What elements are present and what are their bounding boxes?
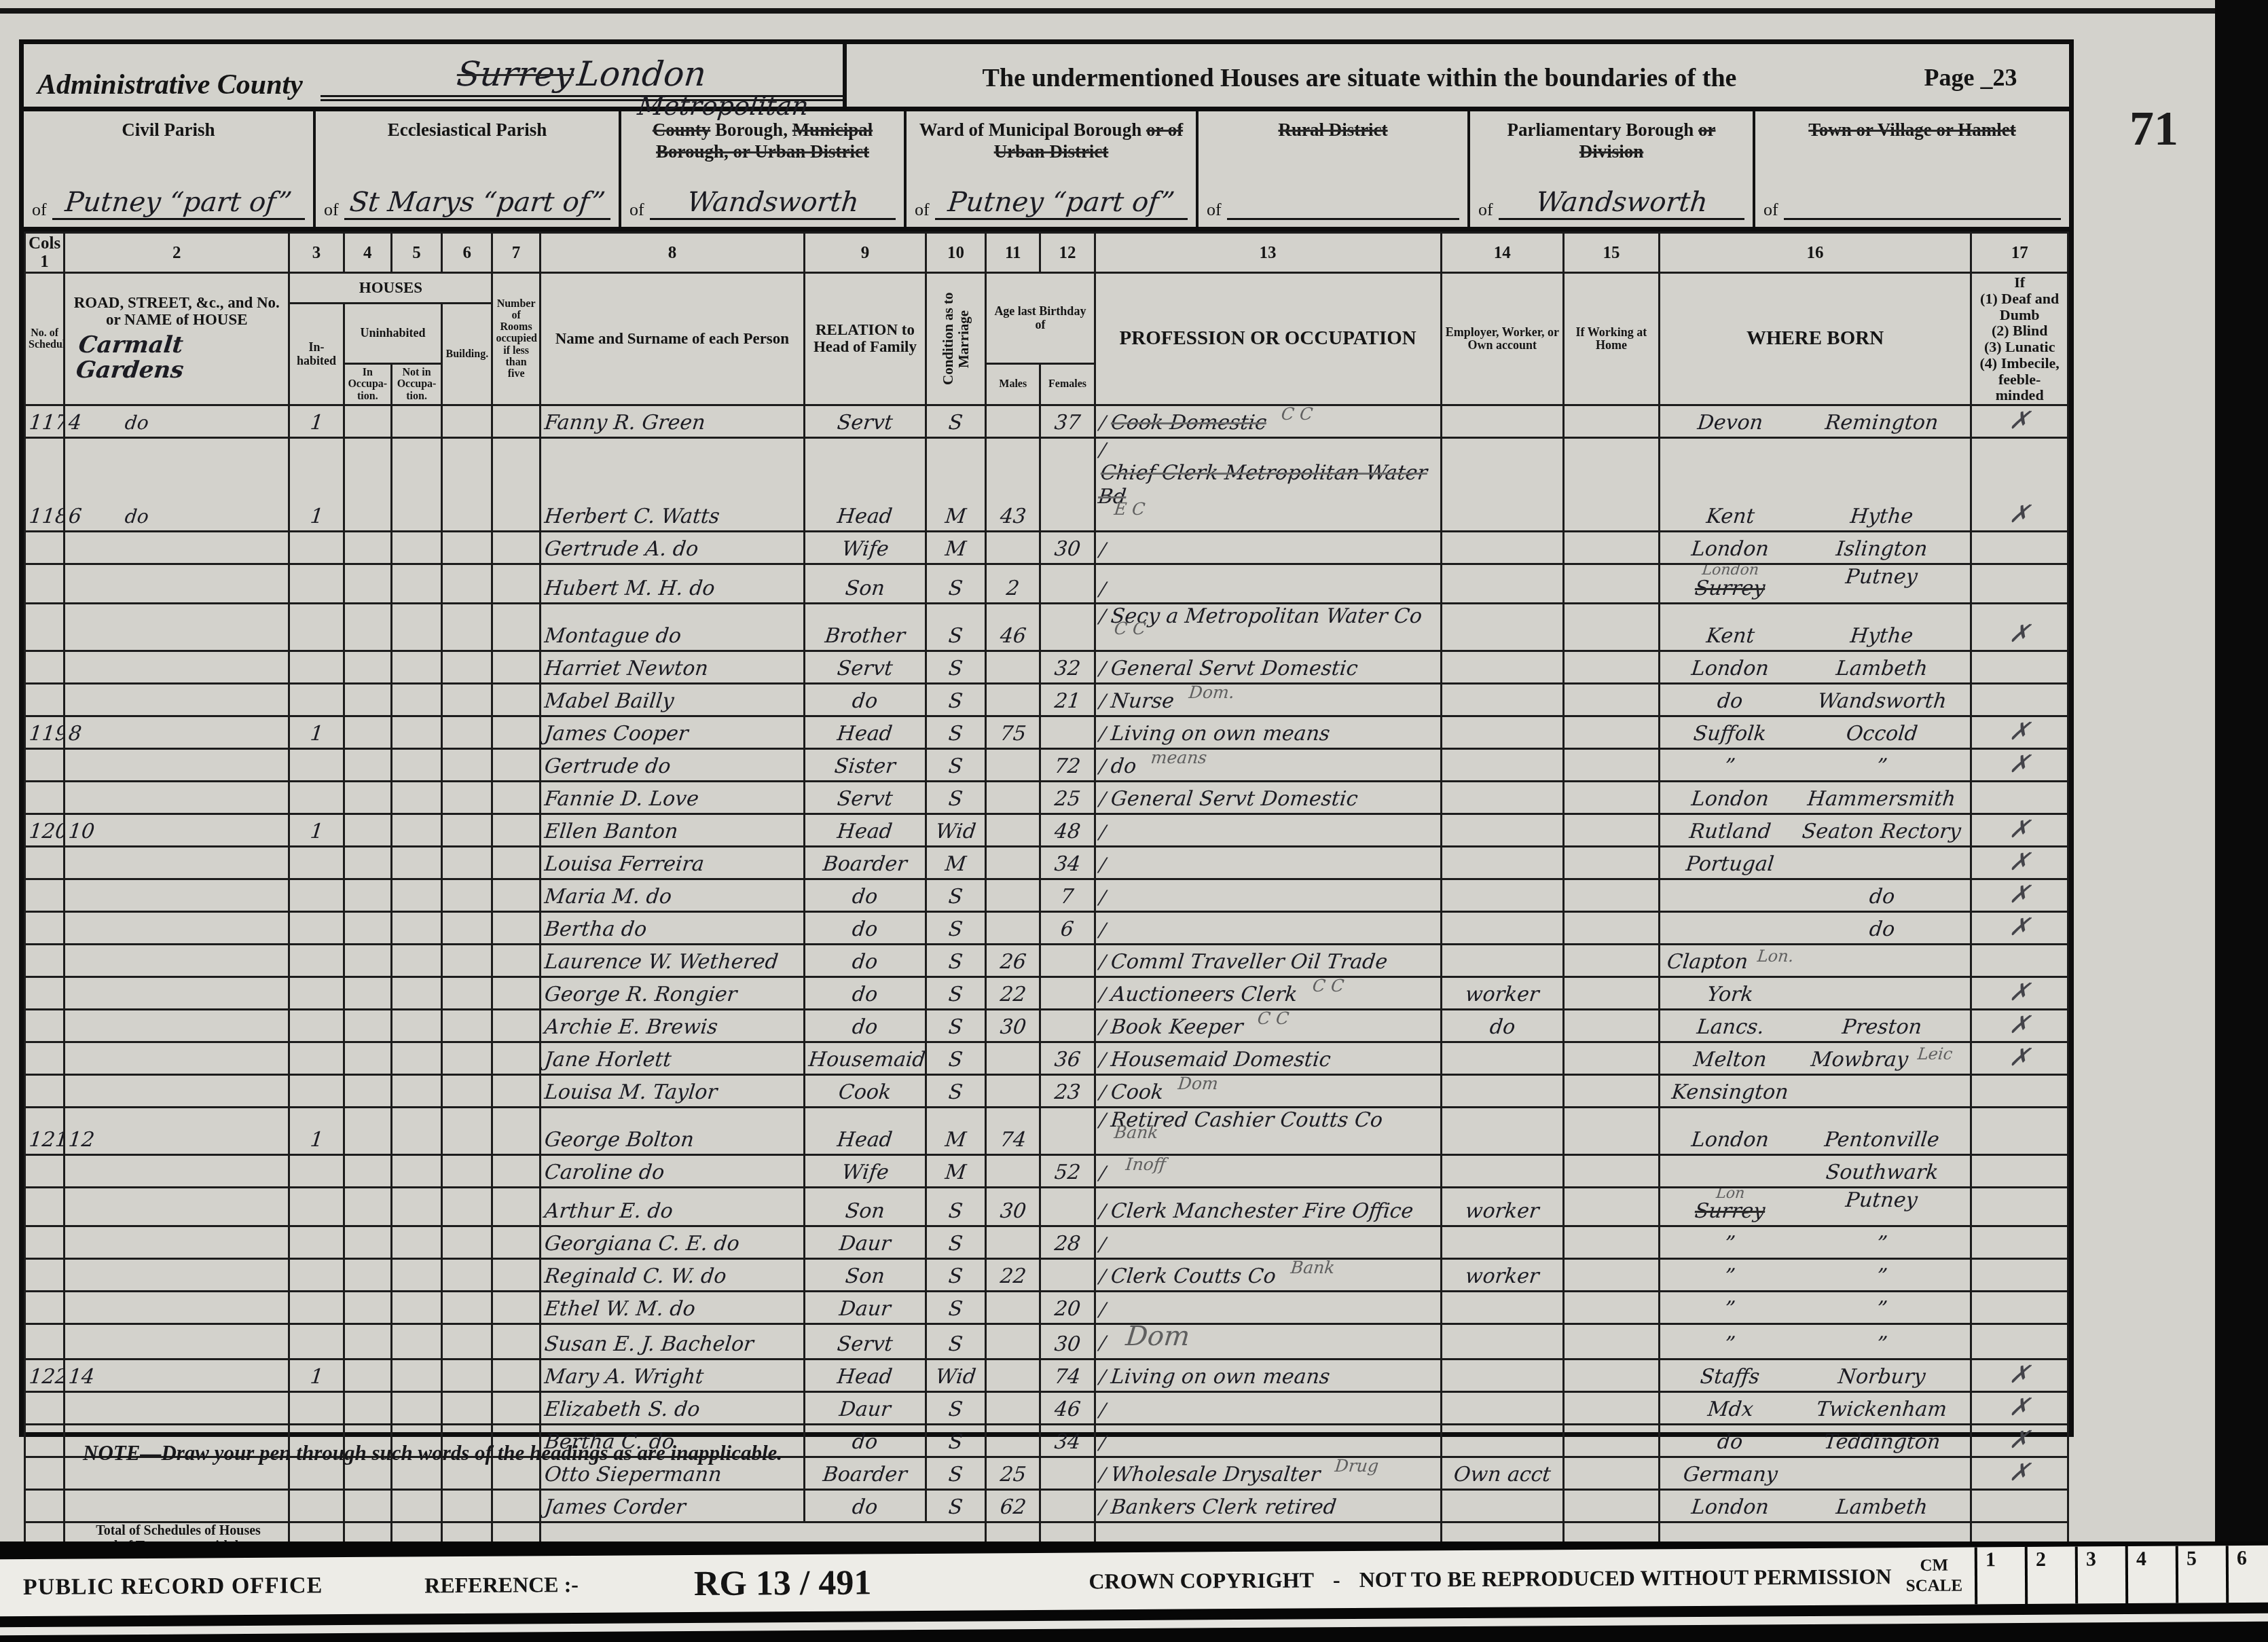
- born-county-value: London: [1690, 537, 1770, 561]
- cell-profession: ∕: [1095, 846, 1441, 879]
- reference-band: PUBLIC RECORD OFFICE REFERENCE :- RG 13 …: [0, 1546, 2268, 1617]
- cell-employer: [1441, 438, 1564, 532]
- cell-working-at-home: [1564, 1457, 1660, 1490]
- profession-value: Auctioneers Clerk: [1110, 983, 1298, 1006]
- cell-relation: Son: [805, 1259, 926, 1292]
- cell-relation: do: [805, 944, 926, 977]
- cell-relation: Housemaid: [805, 1042, 926, 1074]
- relation-value: Housemaid: [807, 1048, 926, 1072]
- ruler-cm-cell: 2: [2025, 1547, 2076, 1604]
- cell-condition: M: [926, 1154, 985, 1187]
- cell-condition: S: [926, 944, 985, 977]
- cell-schedule-number: [25, 651, 65, 683]
- uninhabited-group-header: Uninhabited: [344, 304, 442, 364]
- cell-rooms: [492, 405, 540, 438]
- born-place-name: Seaton Rectory: [1797, 820, 1967, 843]
- born-place: KentHythe: [1664, 505, 1967, 528]
- where-born-col-header: WHERE BORN: [1659, 273, 1971, 405]
- area-field-of-row: of: [1763, 200, 2061, 220]
- person-name: Hubert M. H. do: [543, 577, 716, 600]
- person-name: Laurence W. Wethered: [543, 950, 780, 974]
- cell-age-female: 34: [1040, 1425, 1095, 1457]
- cell-relation: Boarder: [805, 1457, 926, 1490]
- cell-not-in-occupation: [391, 405, 441, 438]
- cell-working-at-home: [1564, 1324, 1660, 1360]
- cell-name: Maria M. do: [540, 879, 804, 911]
- cell-not-in-occupation: [391, 1074, 441, 1107]
- born-place-name: Hammersmith: [1797, 787, 1967, 811]
- cell-employer: worker: [1441, 977, 1564, 1009]
- cell-age-female: [1040, 564, 1095, 604]
- cell-relation: Head: [805, 1107, 926, 1154]
- cell-age-male: [986, 1324, 1040, 1360]
- cell-age-female: 6: [1040, 911, 1095, 944]
- cell-infirmity: ✗: [1971, 1009, 2068, 1042]
- cell-infirmity: [1971, 944, 2068, 977]
- condition-value: S: [947, 787, 964, 811]
- cell-not-in-occupation: [391, 1226, 441, 1259]
- born-county: London: [1664, 1495, 1797, 1519]
- cell-age-female: 72: [1040, 748, 1095, 781]
- cell-rooms: [492, 1292, 540, 1324]
- born-county-value: ”: [1723, 1297, 1736, 1321]
- cell-infirmity: ✗: [1971, 1360, 2068, 1392]
- table-row: 120101Ellen BantonHeadWid48∕RutlandSeato…: [25, 814, 2068, 846]
- relation-value: Cook: [837, 1080, 892, 1104]
- cell-relation: Son: [805, 564, 926, 604]
- cell-name: George R. Rongier: [540, 977, 804, 1009]
- born-county: ”: [1664, 1232, 1797, 1256]
- area-field-handwritten-value: Putney “part of”: [64, 187, 293, 218]
- born-place: ””: [1664, 1232, 1967, 1256]
- cell-infirmity: [1971, 1074, 2068, 1107]
- cell-house: [65, 1042, 289, 1074]
- cell-relation: Brother: [805, 603, 926, 651]
- cell-age-female: [1040, 438, 1095, 532]
- cell-age-female: 46: [1040, 1392, 1095, 1425]
- born-pencil-note: Leic: [1917, 1044, 1954, 1063]
- person-name: Gertrude A. do: [543, 537, 699, 561]
- born-place-name: Twickenham: [1797, 1398, 1967, 1421]
- cell-age-male: 43: [986, 438, 1040, 532]
- born-place-name: do: [1797, 885, 1967, 909]
- cm-scale-ruler: 123456: [1975, 1546, 2268, 1605]
- cell-condition: S: [926, 1042, 985, 1074]
- cell-employer: [1441, 1107, 1564, 1154]
- condition-value: M: [944, 1161, 967, 1184]
- person-name: Caroline do: [543, 1161, 665, 1184]
- cell-not-in-occupation: [391, 438, 441, 532]
- infirmity-mark: ✗: [2008, 620, 2031, 648]
- cell-house: [65, 977, 289, 1009]
- cell-working-at-home: [1564, 1392, 1660, 1425]
- cell-not-in-occupation: [391, 1490, 441, 1522]
- cell-schedule-number: [25, 944, 65, 977]
- cell-rooms: [492, 879, 540, 911]
- cell-employer: [1441, 1360, 1564, 1392]
- cell-rooms: [492, 603, 540, 651]
- person-name: Bertha do: [543, 917, 648, 941]
- cell-not-in-occupation: [391, 683, 441, 716]
- cell-condition: M: [926, 846, 985, 879]
- table-row: Reginald C. W. doSonS22∕Clerk Coutts CoB…: [25, 1259, 2068, 1292]
- profession-pencil-note: C C: [1257, 1009, 1290, 1028]
- infirmity-mark: ✗: [2008, 881, 2031, 909]
- cell-age-male: [986, 651, 1040, 683]
- born-county: LondonSurrey: [1664, 565, 1797, 600]
- enumerator-tick: ∕: [1098, 854, 1107, 876]
- profession-pencil-note: Dom: [1124, 1324, 1192, 1353]
- area-field: MetropolitanCounty Borough, Municipal Bo…: [621, 111, 907, 227]
- cell-age-male: 22: [986, 1259, 1040, 1292]
- cell-age-female: [1040, 603, 1095, 651]
- cell-age-male: [986, 1154, 1040, 1187]
- cell-inhabited: 1: [289, 1360, 344, 1392]
- cell-age-male: [986, 1360, 1040, 1392]
- title-segment: Rural District: [1278, 120, 1387, 140]
- cell-age-male: [986, 879, 1040, 911]
- cell-employer: [1441, 564, 1564, 604]
- born-county-value: ”: [1723, 1232, 1736, 1256]
- cell-house: [65, 1154, 289, 1187]
- cell-relation: Wife: [805, 532, 926, 564]
- relation-value: Boarder: [822, 1463, 908, 1486]
- cell-condition: S: [926, 1490, 985, 1522]
- cell-profession: ∕Auctioneers ClerkC C: [1095, 977, 1441, 1009]
- enumerator-tick: ∕: [1098, 1233, 1107, 1256]
- cell-name: Harriet Newton: [540, 651, 804, 683]
- cell-relation: Head: [805, 814, 926, 846]
- cell-inhabited: [289, 781, 344, 814]
- profession-value: Clerk Manchester Fire Office: [1110, 1199, 1414, 1223]
- column-number: 2: [65, 233, 289, 273]
- area-field-value-line: [1784, 218, 2061, 220]
- born-place: DevonRemington: [1664, 411, 1967, 435]
- relation-value: Daur: [838, 1232, 892, 1256]
- cell-schedule-number: [25, 532, 65, 564]
- cell-working-at-home: [1564, 781, 1660, 814]
- cell-not-in-occupation: [391, 748, 441, 781]
- cell-name: Elizabeth S. do: [540, 1392, 804, 1425]
- relation-value: Head: [837, 1365, 894, 1389]
- table-row: Montague doBrotherS46∕Secy a Metropolita…: [25, 603, 2068, 651]
- age-group-header: Age last Birthday of: [986, 273, 1095, 364]
- area-field-of-row: ofSt Marys “part of”: [324, 187, 610, 220]
- cell-rooms: [492, 781, 540, 814]
- cell-where-born: LondonLambeth: [1659, 1490, 1971, 1522]
- born-county: ”: [1664, 1332, 1797, 1356]
- enumerator-tick: ∕: [1098, 1399, 1107, 1421]
- area-field: Parliamentary Borough or DivisionofWands…: [1470, 111, 1755, 227]
- age-male-value: 30: [999, 1199, 1027, 1223]
- area-field: Ecclesiastical ParishofSt Marys “part of…: [316, 111, 621, 227]
- born-county: Lancs.: [1664, 1015, 1797, 1039]
- cell-age-female: [1040, 1457, 1095, 1490]
- cell-employer: [1441, 748, 1564, 781]
- inhabited-mark: 1: [309, 1128, 325, 1152]
- person-name: Georgiana C. E. do: [543, 1232, 740, 1256]
- cell-name: Georgiana C. E. do: [540, 1226, 804, 1259]
- enumerator-tick: ∕: [1098, 1048, 1107, 1071]
- street-heading: Carmalt Gardens: [68, 333, 285, 382]
- condition-value: S: [947, 754, 964, 778]
- cell-infirmity: [1971, 1107, 2068, 1154]
- born-place-value: Seaton Rectory: [1801, 820, 1962, 843]
- relation-value: do: [851, 885, 879, 909]
- cell-in-occupation: [344, 1107, 391, 1154]
- cell-in-occupation: [344, 1226, 391, 1259]
- cell-building: [442, 1360, 492, 1392]
- cell-employer: [1441, 716, 1564, 748]
- born-place: LondonHammersmith: [1664, 787, 1967, 811]
- cell-in-occupation: [344, 1292, 391, 1324]
- age-female-value: 6: [1060, 917, 1076, 941]
- house-number: 12: [67, 1128, 96, 1152]
- cell-inhabited: [289, 977, 344, 1009]
- cell-rooms: [492, 651, 540, 683]
- cell-rooms: [492, 814, 540, 846]
- cell-relation: do: [805, 911, 926, 944]
- cell-building: [442, 1074, 492, 1107]
- reproduction-notice: NOT TO BE REPRODUCED WITHOUT PERMISSION: [1359, 1564, 1891, 1592]
- in-occupation-col-header: In Occupa-tion.: [344, 364, 391, 405]
- born-place-name: ”: [1797, 754, 1967, 778]
- condition-value: S: [947, 1332, 964, 1356]
- cell-schedule-number: [25, 1154, 65, 1187]
- cell-age-male: 30: [986, 1009, 1040, 1042]
- cell-building: [442, 564, 492, 604]
- schedule-number: 120: [28, 820, 65, 843]
- born-county-value: Melton: [1692, 1048, 1768, 1072]
- cell-working-at-home: [1564, 1292, 1660, 1324]
- cell-condition: S: [926, 716, 985, 748]
- born-county: [1664, 885, 1797, 909]
- cell-infirmity: [1971, 683, 2068, 716]
- born-place-value: Southwark: [1825, 1161, 1939, 1184]
- cell-in-occupation: [344, 1259, 391, 1292]
- area-fields-row: Civil ParishofPutney “part of”Ecclesiast…: [24, 111, 2069, 232]
- born-place-name: ”: [1797, 1232, 1967, 1256]
- relation-value: do: [851, 917, 879, 941]
- cell-house: 6do: [65, 438, 289, 532]
- born-county-value: Surrey: [1694, 1199, 1766, 1223]
- cell-relation: do: [805, 879, 926, 911]
- person-name: Jane Horlett: [543, 1048, 672, 1072]
- relation-value: Head: [837, 820, 894, 843]
- born-county: do: [1664, 689, 1797, 713]
- enumerator-tick: ∕: [1098, 755, 1107, 778]
- born-county: Devon: [1664, 411, 1797, 435]
- cell-where-born: KentHythe: [1659, 603, 1971, 651]
- cell-employer: [1441, 405, 1564, 438]
- cell-inhabited: [289, 651, 344, 683]
- relation-col-header: RELATION to Head of Family: [805, 273, 926, 405]
- schedule-number: 117: [28, 411, 65, 435]
- born-county-value: ”: [1723, 1264, 1736, 1288]
- born-county: Mdx: [1664, 1398, 1797, 1421]
- males-col-header: Males: [986, 364, 1040, 405]
- born-place: do: [1664, 885, 1967, 909]
- cell-in-occupation: [344, 716, 391, 748]
- cell-name: Mary A. Wright: [540, 1360, 804, 1392]
- born-county: London: [1664, 1128, 1797, 1152]
- born-place-value: Pentonville: [1823, 1128, 1941, 1152]
- cell-in-occupation: [344, 879, 391, 911]
- cell-rooms: [492, 564, 540, 604]
- cell-in-occupation: [344, 911, 391, 944]
- profession-pencil-note: C C: [1113, 619, 1146, 638]
- cell-in-occupation: [344, 532, 391, 564]
- column-number: 4: [344, 233, 391, 273]
- cell-condition: S: [926, 1324, 985, 1360]
- relation-value: Wife: [841, 1161, 890, 1184]
- cell-inhabited: [289, 564, 344, 604]
- born-place: LondonIslington: [1664, 537, 1967, 561]
- cell-house: [65, 846, 289, 879]
- cell-rooms: [492, 1324, 540, 1360]
- cell-in-occupation: [344, 1154, 391, 1187]
- cell-infirmity: ✗: [1971, 911, 2068, 944]
- cell-employer: [1441, 1392, 1564, 1425]
- condition-value: S: [947, 950, 964, 974]
- cell-infirmity: ✗: [1971, 748, 2068, 781]
- person-name: Otto Siepermann: [543, 1463, 723, 1486]
- cell-working-at-home: [1564, 716, 1660, 748]
- area-field-value-line: Putney “part of”: [52, 187, 305, 220]
- cell-in-occupation: [344, 781, 391, 814]
- public-record-office-bar: PUBLIC RECORD OFFICE REFERENCE :- RG 13 …: [0, 1541, 2268, 1642]
- cell-building: [442, 716, 492, 748]
- cell-infirmity: ✗: [1971, 438, 2068, 532]
- crown-copyright-label: CROWN COPYRIGHT: [1089, 1567, 1314, 1594]
- table-row: 1186do1Herbert C. WattsHeadM43∕Chief Cle…: [25, 438, 2068, 532]
- cell-employer: [1441, 683, 1564, 716]
- ruler-cm-cell: 6: [2226, 1546, 2268, 1603]
- table-row: Louisa FerreiraBoarderM34∕Portugal✗: [25, 846, 2068, 879]
- column-number: 9: [805, 233, 926, 273]
- cell-employer: [1441, 1074, 1564, 1107]
- born-county-value: Surrey: [1694, 577, 1766, 600]
- born-pencil-correction: London: [1663, 565, 1797, 577]
- cell-profession: ∕Clerk Coutts CoBank: [1095, 1259, 1441, 1292]
- born-place: doWandsworth: [1664, 689, 1967, 713]
- cell-name: Louisa Ferreira: [540, 846, 804, 879]
- cell-rooms: [492, 944, 540, 977]
- cell-age-female: 28: [1040, 1226, 1095, 1259]
- cell-name: Bertha do: [540, 911, 804, 944]
- born-place-name: Putney: [1797, 1188, 1967, 1224]
- born-place-name: Preston: [1797, 1015, 1967, 1039]
- cell-not-in-occupation: [391, 1009, 441, 1042]
- cell-working-at-home: [1564, 651, 1660, 683]
- cell-working-at-home: [1564, 814, 1660, 846]
- column-numbers-row: Cols 1234567891011121314151617: [25, 233, 2068, 273]
- born-place: StaffsNorbury: [1664, 1365, 1967, 1389]
- condition-value: S: [947, 1463, 964, 1486]
- infirmity-col-header: If(1) Deaf and Dumb(2) Blind(3) Lunatic(…: [1971, 273, 2068, 405]
- person-name: Louisa Ferreira: [543, 852, 706, 876]
- cell-in-occupation: [344, 1009, 391, 1042]
- infirmity-mark: ✗: [2008, 979, 2031, 1006]
- cell-profession: ∕: [1095, 814, 1441, 846]
- cell-name: Mabel Bailly: [540, 683, 804, 716]
- cell-building: [442, 911, 492, 944]
- infirmity-mark: ✗: [2008, 1426, 2031, 1454]
- cell-inhabited: [289, 748, 344, 781]
- cell-age-male: [986, 814, 1040, 846]
- profession-value: Secy a Metropolitan Water Co: [1110, 604, 1423, 628]
- cell-employer: [1441, 1324, 1564, 1360]
- undermentioned-heading: The undermentioned Houses are situate wi…: [847, 63, 1872, 107]
- infirmity-mark: ✗: [2008, 1361, 2031, 1389]
- cell-in-occupation: [344, 1074, 391, 1107]
- infirmity-if-label: If: [1975, 274, 2064, 291]
- cell-profession: ∕Secy a Metropolitan Water CoC C: [1095, 603, 1441, 651]
- admin-county-struck-word: Surrey: [455, 54, 576, 94]
- column-number: 7: [492, 233, 540, 273]
- born-place-value: Occold: [1845, 722, 1919, 746]
- cell-working-at-home: [1564, 1154, 1660, 1187]
- born-place-name: [1797, 950, 1967, 974]
- age-female-value: 37: [1053, 411, 1082, 435]
- cell-rooms: [492, 1226, 540, 1259]
- cell-employer: worker: [1441, 1259, 1564, 1292]
- column-number: 15: [1564, 233, 1660, 273]
- table-row: Arthur E. doSonS30∕Clerk Manchester Fire…: [25, 1187, 2068, 1226]
- cell-where-born: Lancs.Preston: [1659, 1009, 1971, 1042]
- cell-name: Reginald C. W. do: [540, 1259, 804, 1292]
- cell-condition: S: [926, 1009, 985, 1042]
- cell-name: Caroline do: [540, 1154, 804, 1187]
- born-county: Kensington: [1664, 1080, 1797, 1104]
- born-place: Portugal: [1664, 852, 1967, 876]
- column-number: 3: [289, 233, 344, 273]
- cell-rooms: [492, 911, 540, 944]
- title-segment: Parliamentary Borough: [1507, 120, 1698, 140]
- born-county: Kent: [1664, 505, 1797, 528]
- infirmity-item: (1) Deaf and Dumb: [1975, 291, 2064, 323]
- born-place-value: do: [1868, 917, 1896, 941]
- age-male-value: 62: [999, 1495, 1027, 1519]
- age-female-value: 20: [1053, 1297, 1082, 1321]
- profession-value: Comml Traveller Oil Trade: [1110, 950, 1389, 974]
- born-place-value: Islington: [1835, 537, 1928, 561]
- cell-age-female: 34: [1040, 846, 1095, 879]
- enumerator-tick: ∕: [1098, 788, 1107, 810]
- cell-working-at-home: [1564, 683, 1660, 716]
- cell-where-born: ClaptonLon.: [1659, 944, 1971, 977]
- not-in-occupation-col-header: Not in Occupa-tion.: [391, 364, 441, 405]
- condition-value: S: [947, 657, 964, 680]
- person-name: Reginald C. W. do: [543, 1264, 727, 1288]
- cell-where-born: ””: [1659, 1226, 1971, 1259]
- age-female-value: 74: [1053, 1365, 1082, 1389]
- cell-condition: M: [926, 438, 985, 532]
- infirmity-mark: ✗: [2008, 1044, 2031, 1072]
- table-row: Hubert M. H. doSonS2∕LondonSurreyPutney: [25, 564, 2068, 604]
- age-female-value: 34: [1053, 1430, 1082, 1454]
- age-male-value: 74: [999, 1128, 1027, 1152]
- cell-not-in-occupation: [391, 1187, 441, 1226]
- of-label: of: [1207, 200, 1222, 220]
- cell-infirmity: ✗: [1971, 879, 2068, 911]
- of-label: of: [1478, 200, 1493, 220]
- cell-relation: Daur: [805, 1392, 926, 1425]
- cell-inhabited: [289, 846, 344, 879]
- inhabited-mark: 1: [309, 505, 325, 528]
- area-field-handwritten-value: Wandsworth: [1534, 187, 1708, 218]
- cell-age-male: [986, 846, 1040, 879]
